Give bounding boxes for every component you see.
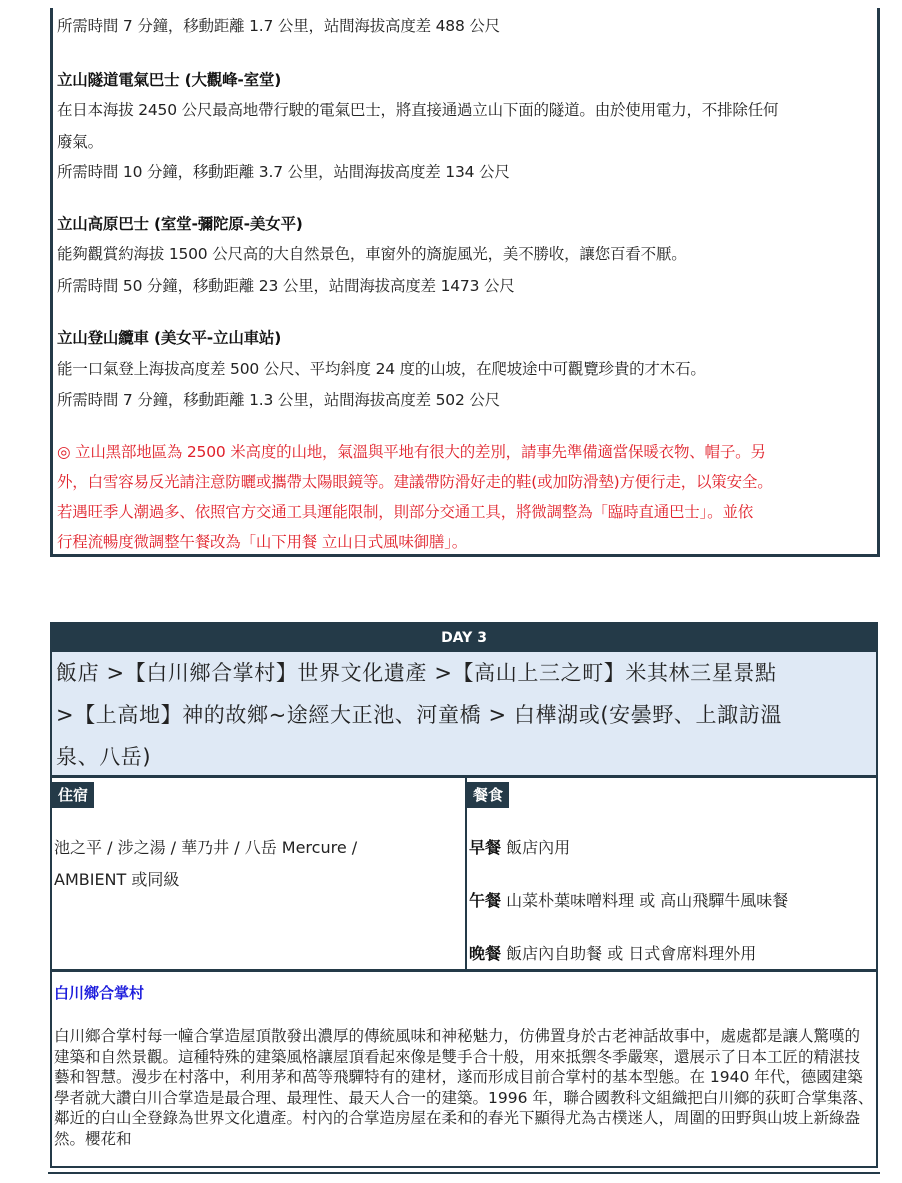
notice-line-2: 外，白雪容易反光請注意防曬或攜帶太陽眼鏡等。建議帶防滑好走的鞋(或加防滑墊)方便… xyxy=(57,472,773,492)
cable-car-title: 立山登山纜車 (美女平-立山車站) xyxy=(57,328,281,348)
meal-type: 早餐 xyxy=(469,838,501,857)
meals-cell: 餐食 早餐 飯店內用 午餐 山菜朴葉味噌料理 或 高山飛驒牛風味餐 晚餐 飯店內… xyxy=(467,778,876,969)
meal-breakfast: 早餐 飯店內用 xyxy=(469,838,570,858)
cable-car-desc: 能一口氣登上海拔高度差 500 公尺、平均斜度 24 度的山坡，在爬坡途中可觀覽… xyxy=(57,359,706,379)
notice-line-4: 行程流暢度微調整午餐改為「山下用餐 立山日式風味御膳」。 xyxy=(57,532,467,552)
transport-section: 所需時間 7 分鐘，移動距離 1.7 公里，站間海拔高度差 488 公尺 立山隧… xyxy=(50,8,880,557)
highland-bus-title: 立山高原巴士 (室堂-彌陀原-美女平) xyxy=(57,214,303,234)
meal-value: 飯店內用 xyxy=(506,838,570,857)
lodging-label: 住宿 xyxy=(52,782,94,808)
attraction-section: 白川鄉合掌村 白川鄉合掌村每一幢合掌造屋頂散發出濃厚的傳統風味和神秘魅力，仿佛置… xyxy=(50,972,878,1168)
meals-label: 餐食 xyxy=(467,782,509,808)
tunnel-bus-stats: 所需時間 10 分鐘，移動距離 3.7 公里，站間海拔高度差 134 公尺 xyxy=(57,162,510,182)
route-line-2: >【上高地】神的故鄉~途經大正池、河童橋 > 白樺湖或(安曇野、上諏訪溫 xyxy=(56,694,872,736)
highland-bus-stats: 所需時間 50 分鐘，移動距離 23 公里，站間海拔高度差 1473 公尺 xyxy=(57,276,515,296)
meal-lunch: 午餐 山菜朴葉味噌料理 或 高山飛驒牛風味餐 xyxy=(469,891,788,911)
meal-value: 山菜朴葉味噌料理 或 高山飛驒牛風味餐 xyxy=(506,891,788,910)
day-route: 飯店 >【白川鄉合掌村】世界文化遺產 >【高山上三之町】米其林三星景點 >【上高… xyxy=(50,652,878,778)
lodging-cell: 住宿 池之平 / 涉之湯 / 華乃井 / 八岳 Mercure / AMBIEN… xyxy=(52,778,467,969)
meal-dinner: 晚餐 飯店內自助餐 或 日式會席料理外用 xyxy=(469,944,756,964)
ropeway-stats: 所需時間 7 分鐘，移動距離 1.7 公里，站間海拔高度差 488 公尺 xyxy=(57,16,500,36)
cable-car-stats: 所需時間 7 分鐘，移動距離 1.3 公里，站間海拔高度差 502 公尺 xyxy=(57,390,500,410)
tunnel-bus-desc-cont: 廢氣。 xyxy=(57,132,103,152)
meal-type: 晚餐 xyxy=(469,944,501,963)
lodging-line-2: AMBIENT 或同級 xyxy=(54,870,179,890)
lodging-line-1: 池之平 / 涉之湯 / 華乃井 / 八岳 Mercure / xyxy=(54,838,357,858)
meal-value: 飯店內自助餐 或 日式會席料理外用 xyxy=(506,944,756,963)
tunnel-bus-title: 立山隧道電氣巴士 (大觀峰-室堂) xyxy=(57,70,281,90)
attraction-body: 白川鄉合掌村每一幢合掌造屋頂散發出濃厚的傳統風味和神秘魅力，仿佛置身於古老神話故… xyxy=(54,1026,874,1149)
route-line-1: 飯店 >【白川鄉合掌村】世界文化遺產 >【高山上三之町】米其林三星景點 xyxy=(56,652,872,694)
route-line-3: 泉、八岳) xyxy=(56,736,872,778)
day-label: DAY 3 xyxy=(50,622,878,652)
highland-bus-desc: 能夠觀賞約海拔 1500 公尺高的大自然景色，車窗外的旖旎風光，美不勝收，讓您百… xyxy=(57,244,687,264)
divider xyxy=(48,1172,880,1174)
lodging-meals-row: 住宿 池之平 / 涉之湯 / 華乃井 / 八岳 Mercure / AMBIEN… xyxy=(50,778,878,972)
meal-type: 午餐 xyxy=(469,891,501,910)
notice-line-1: ◎ 立山黑部地區為 2500 米高度的山地，氣溫與平地有很大的差別，請事先準備適… xyxy=(57,442,766,462)
attraction-title: 白川鄉合掌村 xyxy=(54,982,144,1003)
day3-section: DAY 3 飯店 >【白川鄉合掌村】世界文化遺產 >【高山上三之町】米其林三星景… xyxy=(50,622,878,1168)
tunnel-bus-desc: 在日本海拔 2450 公尺最高地帶行駛的電氣巴士，將直接通過立山下面的隧道。由於… xyxy=(57,100,778,120)
notice-line-3: 若遇旺季人潮過多、依照官方交通工具運能限制，則部分交通工具，將微調整為「臨時直通… xyxy=(57,502,753,522)
